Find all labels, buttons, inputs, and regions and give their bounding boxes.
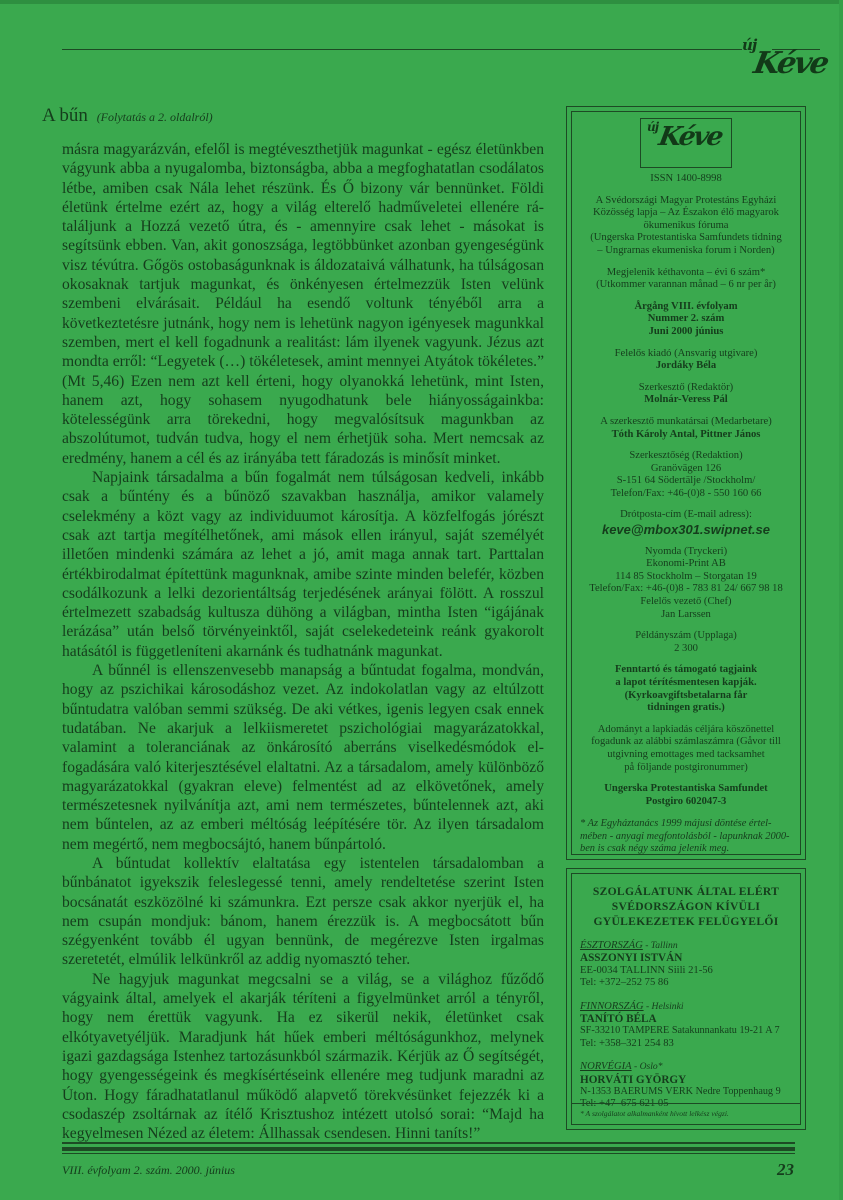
congregations-title: SZOLGÁLATUNK ÁLTAL ELÉRT SVÉDORSZÁGON KÍ… [572,884,800,929]
editor-name: Molnár-Veress Pál [572,394,800,407]
printer-line: 114 85 Stockholm – Storgatan 19 [572,571,800,584]
masthead-footnote: * Az Egyháztanács 1999 májusi döntése ér… [580,818,794,855]
issue-info: Årgång VIII. évfolyam Nummer 2. szám Jun… [572,301,800,339]
country: ÉSZTORSZÁG [580,940,643,951]
overseer-name: ASSZONYI ISTVÁN [580,952,794,964]
congregations-list: ÉSZTORSZÁG - Tallinn ASSZONYI ISTVÁN EE-… [572,940,800,1111]
page-top-edge [0,0,843,4]
footer-issue-info: VIII. évfolyam 2. szám. 2000. június [62,1163,235,1178]
members-note-line: (Kyrkoavgiftsbetalarna får [572,690,800,703]
country: FINNORSZÁG [580,1001,644,1012]
donation: Adományt a lapkiadás céljára köszönettel… [572,724,800,774]
staff-names: Tóth Károly Antal, Pittner János [572,429,800,442]
printer: Nyomda (Tryckeri) Ekonomi-Print AB 114 8… [572,546,800,622]
members-note-line: a lapot térítésmentesen kapják. [572,677,800,690]
congregations-inner: SZOLGÁLATUNK ÁLTAL ELÉRT SVÉDORSZÁGON KÍ… [571,873,801,1125]
staff: A szerkesztő munkatársai (Medarbetare) T… [572,416,800,441]
publisher-label: Felelős kiadó (Ansvarig utgivare) [572,348,800,361]
issn: ISSN 1400-8998 [572,173,800,186]
email-link[interactable]: keve@mbox301.swipnet.se [572,524,800,537]
editor: Szerkesztő (Redaktör) Molnár-Veress Pál [572,382,800,407]
article-title: A bűn (Folytatás a 2. oldalról) [42,105,213,127]
email-block: Drótposta-cím (E-mail adress): keve@mbox… [572,509,800,536]
donation-line: Adományt a lapkiadás céljára köszönettel [572,724,800,737]
printer-line: Felelős vezető (Chef) [572,596,800,609]
city: - Oslo* [632,1061,663,1072]
frequency-line: Megjelenik kéthavonta – évi 6 szám* [572,267,800,280]
congregation-item: FINNORSZÁG - Helsinki TANÍTÓ BÉLA SF-332… [580,1001,794,1051]
masthead-logo-keve: Kéve [658,131,722,144]
city: - Helsinki [644,1001,684,1012]
title-line: SVÉDORSZÁGON KÍVÜLI [572,899,800,914]
description: A Svédországi Magyar Protestáns Egyházi … [572,195,800,258]
issue-line: Årgång VIII. évfolyam [572,301,800,314]
account: Ungerska Protestantiska Samfundet Postgi… [572,783,800,808]
circulation-value: 2 300 [572,643,800,656]
masthead-logo: új Kéve [640,118,732,168]
donation-line: utgivning emottages med tacksamhet [572,749,800,762]
frequency: Megjelenik kéthavonta – évi 6 szám* (Utk… [572,267,800,292]
office-line: Telefon/Fax: +46-(0)8 - 550 160 66 [572,488,800,501]
account-line: Postgiro 602047-3 [572,796,800,809]
article-paragraph: Ne hagyjuk magunkat megcsalni se a világ… [62,970,544,1144]
address: N-1353 BAERUMS VERK Nedre Toppenhaug 9 [580,1086,794,1098]
description-line: Közösség lapja – Az Északon élő magyarok [572,207,800,220]
overseer-name: HORVÁTI GYÖRGY [580,1074,794,1086]
description-line: A Svédországi Magyar Protestáns Egyházi [572,195,800,208]
address: EE-0034 TALLINN Siili 21-56 [580,965,794,977]
footer-rule [62,1153,795,1154]
address: SF-33210 TAMPERE Satakunnankatu 19-21 A … [580,1025,794,1037]
frequency-line: (Utkommer varannan månad – 6 nr per år) [572,279,800,292]
page-right-edge [839,0,843,1200]
article-paragraph: A bűnnél is ellenszenvesebb manapság a b… [62,661,544,854]
congregations-box: SZOLGÁLATUNK ÁLTAL ELÉRT SVÉDORSZÁGON KÍ… [566,868,806,1130]
overseer-name: TANÍTÓ BÉLA [580,1013,794,1025]
article-paragraph: Napjaink társadalma a bűn fogalmát nem t… [62,468,544,661]
account-line: Ungerska Protestantiska Samfundet [572,783,800,796]
masthead-box: új Kéve ISSN 1400-8998 A Svédországi Mag… [566,106,806,860]
congregations-footnote: * A szolgálatot alkalmanként hívott lelk… [572,1103,800,1124]
article-continuation: (Folytatás a 2. oldalról) [97,110,213,124]
donation-line: fogadunk az alábbi számlaszámra (Gåvor t… [572,736,800,749]
logo-uj: új [742,36,756,54]
header-rule [62,49,742,50]
description-line: – Ungrarnas ekumeniska forum i Norden) [572,245,800,258]
circulation: Példányszám (Upplaga) 2 300 [572,630,800,655]
title-line: GYÜLEKEZETEK FELÜGYELŐI [572,914,800,929]
printer-line: Jan Larssen [572,609,800,622]
description-line: ökumenikus fóruma [572,220,800,233]
description-line: (Ungerska Protestantiska Samfundets tidn… [572,232,800,245]
masthead-inner: új Kéve ISSN 1400-8998 A Svédországi Mag… [571,111,801,855]
printer-line: Ekonomi-Print AB [572,558,800,571]
office-label: Szerkesztőség (Redaktion) [572,450,800,463]
office-line: Granövägen 126 [572,463,800,476]
telephone: Tel: +372–252 75 86 [580,977,794,989]
congregation-item: ÉSZTORSZÁG - Tallinn ASSZONYI ISTVÁN EE-… [580,940,794,990]
article-paragraph: másra magyarázván, efelől is megtéveszth… [62,140,544,468]
office: Szerkesztőség (Redaktion) Granövägen 126… [572,450,800,500]
issue-line: Nummer 2. szám [572,313,800,326]
article-body: másra magyarázván, efelől is megtéveszth… [62,140,544,1143]
header-logo: új Kéve [738,36,828,96]
members-note-line: tidningen gratis.) [572,702,800,715]
country: NORVÉGIA [580,1061,632,1072]
page-number: 23 [777,1160,794,1180]
printer-label: Nyomda (Tryckeri) [572,546,800,559]
members-note-line: Fenntartó és támogató tagjaink [572,664,800,677]
title-line: SZOLGÁLATUNK ÁLTAL ELÉRT [572,884,800,899]
publisher: Felelős kiadó (Ansvarig utgivare) Jordák… [572,348,800,373]
city: - Tallinn [643,940,678,951]
email-label: Drótposta-cím (E-mail adress): [572,509,800,522]
logo-keve: Kéve [751,46,830,81]
masthead-logo-uj: új [647,121,658,134]
article-paragraph: A bűntudat kollektív elaltatása egy iste… [62,854,544,970]
editor-label: Szerkesztő (Redaktör) [572,382,800,395]
publisher-name: Jordáky Béla [572,360,800,373]
telephone: Tel: +358–321 254 83 [580,1038,794,1050]
office-line: S-151 64 Södertälje /Stockholm/ [572,475,800,488]
footer-rule-thick [62,1147,795,1151]
issue-line: Juni 2000 június [572,326,800,339]
donation-line: på följande postgironummer) [572,762,800,775]
members-note: Fenntartó és támogató tagjaink a lapot t… [572,664,800,714]
article-title-text: A bűn [42,105,88,126]
staff-label: A szerkesztő munkatársai (Medarbetare) [572,416,800,429]
printer-line: Telefon/Fax: +46-(0)8 - 783 81 24/ 667 9… [572,583,800,596]
circulation-label: Példányszám (Upplaga) [572,630,800,643]
footer-rule [62,1142,795,1144]
